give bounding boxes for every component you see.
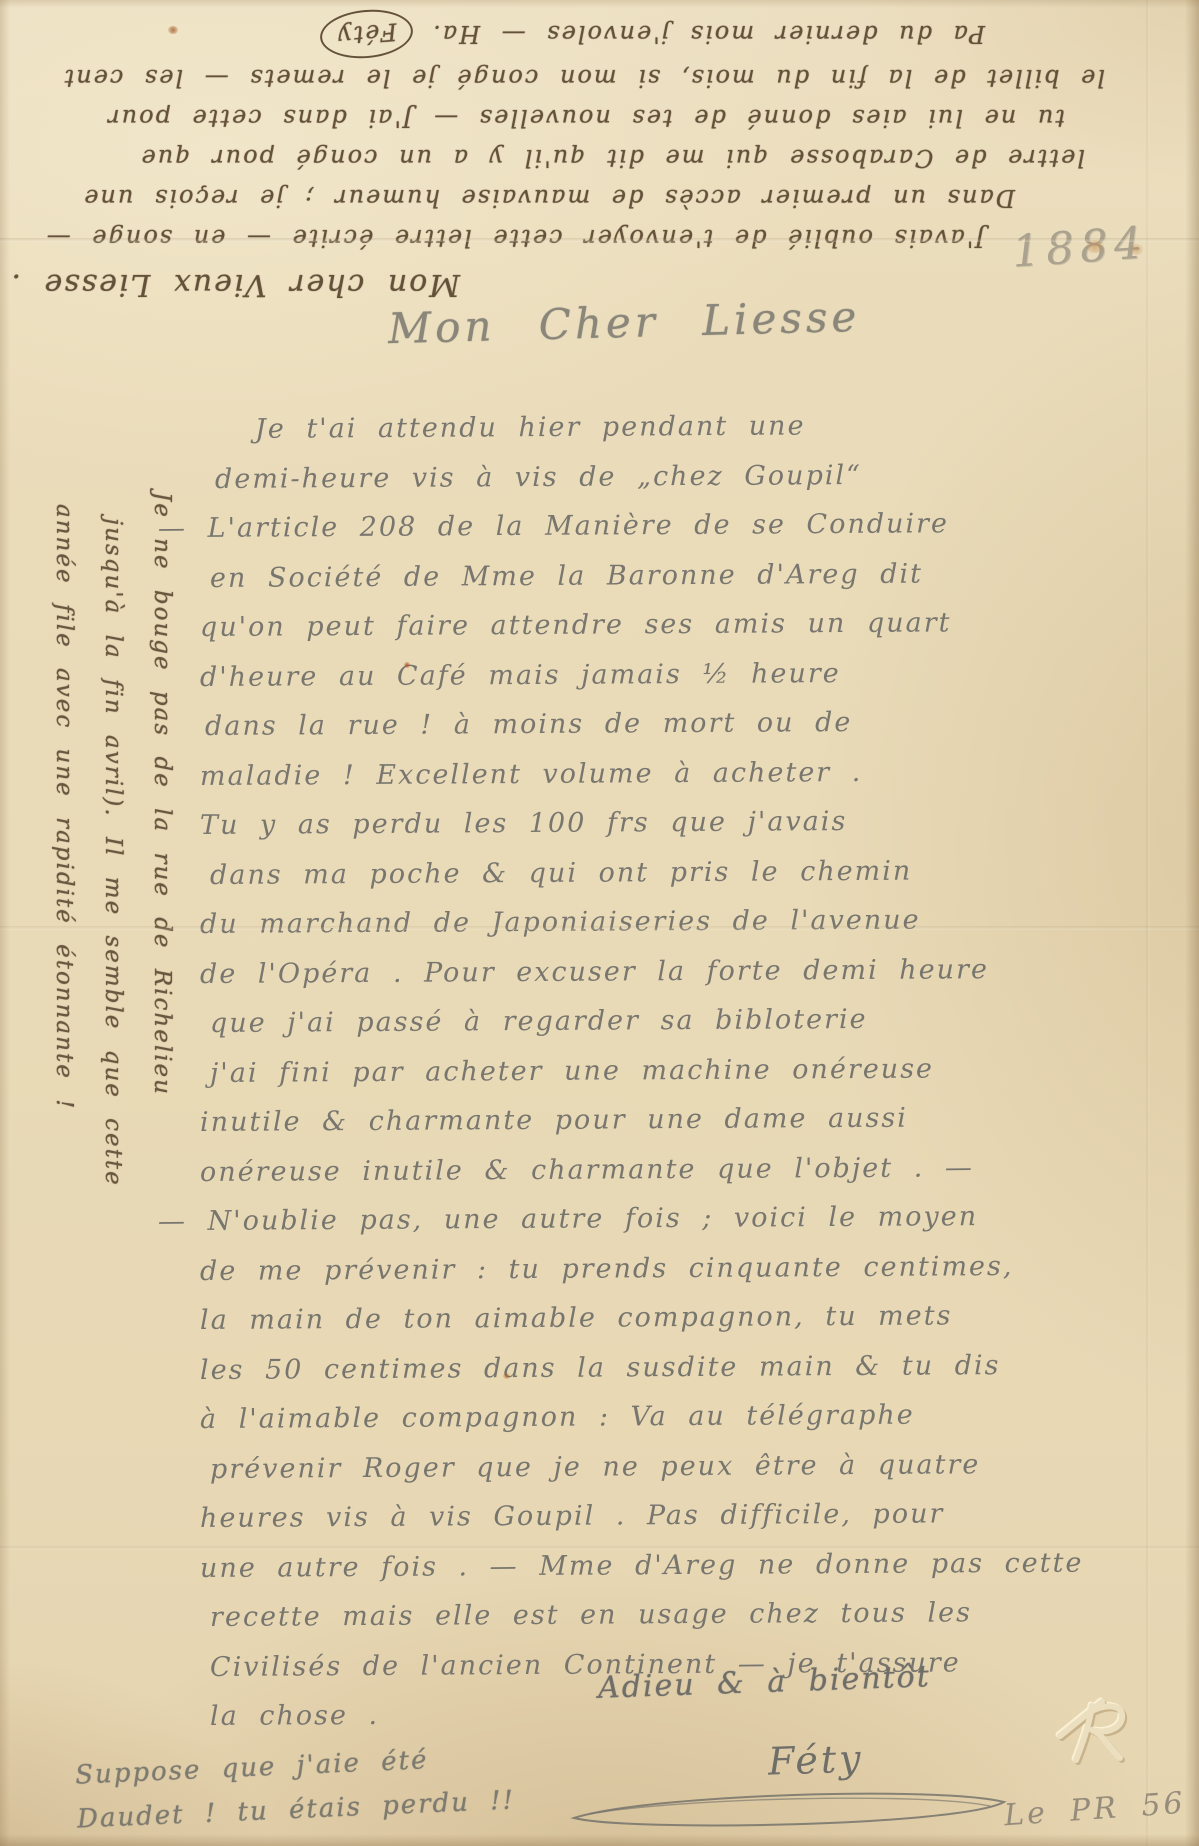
- circled-signature: Féty: [319, 6, 416, 62]
- body-line: que j'ai passé à regarder sa bibloterie: [210, 993, 1180, 1048]
- body-line: inutile & charmante pour une dame aussi: [200, 1092, 1180, 1147]
- body-line: de l'Opéra . Pour excuser la forte demi …: [200, 944, 1180, 999]
- inverted-signature-text: Pa du dernier mois j'envoles — Ha.: [431, 14, 985, 54]
- body-line: la main de ton aimable compagnon, tu met…: [200, 1290, 1180, 1345]
- inverted-handwritten-line: J'avais oublié de t'envoyer cette lettre…: [58, 218, 985, 258]
- body-line: à l'aimable compagnon : Va au télégraphe: [200, 1389, 1180, 1444]
- inverted-continuation-note: Mon cher Vieux Liesse .J'avais oublié de…: [58, 10, 1160, 310]
- paper-edge: [1185, 0, 1199, 1846]
- postscript: Suppose que j'aie étéDaudet ! tu étais p…: [74, 1734, 516, 1841]
- pencil-date-annotation: 1884: [1010, 217, 1149, 277]
- body-line: demi-heure vis à vis de „chez Goupil“: [215, 449, 1180, 504]
- paper-edge: [0, 0, 1199, 8]
- body-line: — N'oublie pas, une autre fois ; voici l…: [158, 1191, 1180, 1247]
- body-line: onéreuse inutile & charmante que l'objet…: [200, 1142, 1180, 1197]
- body-line: recette mais elle est en usage chez tous…: [210, 1587, 1180, 1642]
- inverted-handwritten-line: Dans un premier accès de mauvaise humeur…: [58, 178, 1015, 218]
- inverted-handwritten-line: Mon cher Vieux Liesse .: [58, 258, 460, 310]
- margin-note-line: Je ne bouge pas de la rue de Richelieu: [137, 492, 186, 1342]
- inverted-handwritten-line: tu ne lui aies donné de tes nouvelles — …: [58, 98, 1065, 138]
- body-line: — L'article 208 de la Manière de se Cond…: [158, 498, 1180, 554]
- body-line: prévenir Roger que je ne peux être à qua…: [210, 1439, 1180, 1494]
- body-line: maladie ! Excellent volume à acheter .: [200, 746, 1180, 801]
- body-line: Tu y as perdu les 100 frs que j'avais: [200, 795, 1180, 850]
- inverted-signature-line: Pa du dernier mois j'envoles — Ha. Féty: [58, 10, 985, 58]
- signature: Féty: [767, 1736, 864, 1783]
- embossed-monogram-stamp: [1050, 1692, 1146, 1778]
- body-line: heures vis à vis Goupil . Pas difficile,…: [200, 1488, 1180, 1543]
- body-line: Je t'ai attendu hier pendant une: [255, 399, 1180, 454]
- body-line: j'ai fini par acheter une machine onéreu…: [210, 1043, 1180, 1098]
- margin-note-line: jusqu'à la fin avril). Il me semble que …: [88, 518, 137, 1342]
- letter-scan: Mon cher Vieux Liesse .J'avais oublié de…: [0, 0, 1199, 1846]
- body-line: les 50 centimes dans la susdite main & t…: [200, 1340, 1180, 1395]
- body-line: qu'on peut faire attendre ses amis un qu…: [200, 597, 1180, 652]
- margin-note-line: année file avec une rapidité étonnante !: [39, 504, 88, 1342]
- letter-body: Je t'ai attendu hier pendant unedemi-heu…: [200, 402, 1180, 1739]
- body-line: dans la rue ! à moins de mort ou de: [205, 696, 1180, 751]
- signature-flourish: [560, 1786, 1020, 1836]
- body-line: d'heure au Café mais jamais ½ heure: [200, 647, 1180, 702]
- inventory-number: Le PR 56: [1003, 1786, 1187, 1834]
- body-line: du marchand de Japoniaiseries de l'avenu…: [200, 894, 1180, 949]
- inverted-handwritten-line: le billet de la fin du mois, si mon cong…: [58, 58, 1105, 98]
- body-line: en Société de Mme la Baronne d'Areg dit: [210, 548, 1180, 603]
- inverted-handwritten-line: lettre de Carabosse qui me dit qu'il y a…: [58, 138, 1085, 178]
- body-line: de me prévenir : tu prends cinquante cen…: [200, 1241, 1180, 1296]
- body-line: une autre fois . — Mme d'Areg ne donne p…: [200, 1538, 1180, 1593]
- margin-note: Je ne bouge pas de la rue de Richelieuju…: [39, 492, 186, 1342]
- body-line: dans ma poche & qui ont pris le chemin: [210, 845, 1180, 900]
